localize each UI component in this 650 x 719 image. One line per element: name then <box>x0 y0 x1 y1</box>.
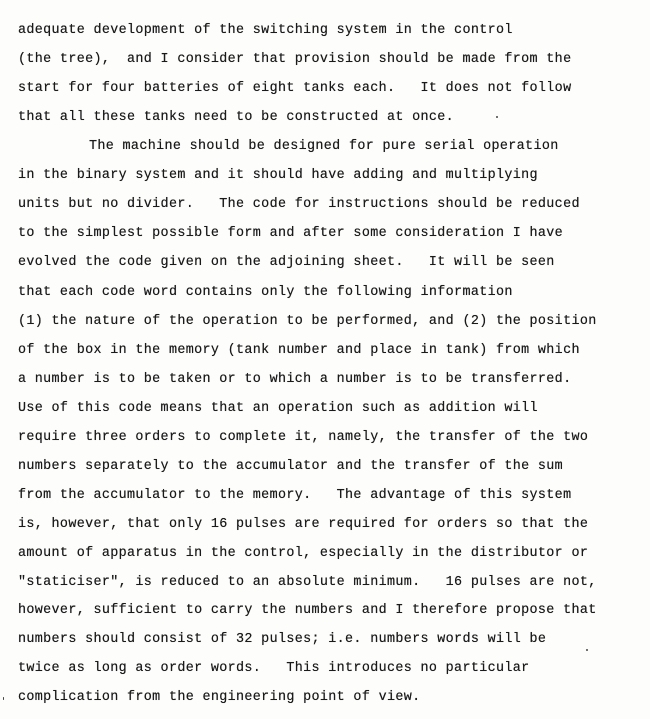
text-line: (the tree), and I consider that provisio… <box>18 52 571 68</box>
text-line: evolved the code given on the adjoining … <box>18 255 555 271</box>
text-line: a number is to be taken or to which a nu… <box>18 372 571 388</box>
ink-speck <box>496 116 498 118</box>
text-line: numbers separately to the accumulator an… <box>18 459 563 475</box>
text-line: adequate development of the switching sy… <box>18 23 513 39</box>
text-line: of the box in the memory (tank number an… <box>18 343 580 359</box>
text-line: complication from the engineering point … <box>18 690 421 706</box>
text-line: (1) the nature of the operation to be pe… <box>18 314 597 330</box>
text-line: numbers should consist of 32 pulses; i.e… <box>18 632 546 648</box>
text-line: in the binary system and it should have … <box>18 168 538 184</box>
text-line: that all these tanks need to be construc… <box>18 110 454 126</box>
ink-speck <box>586 649 588 651</box>
text-line: however, sufficient to carry the numbers… <box>18 603 597 619</box>
text-line: start for four batteries of eight tanks … <box>18 81 571 97</box>
text-line: is, however, that only 16 pulses are req… <box>18 517 588 533</box>
text-line: "staticiser", is reduced to an absolute … <box>18 575 597 591</box>
ink-speck <box>3 697 4 700</box>
text-line: that each code word contains only the fo… <box>18 285 513 301</box>
text-line: to the simplest possible form and after … <box>18 226 563 242</box>
typewritten-page: adequate development of the switching sy… <box>0 0 650 719</box>
text-line: twice as long as order words. This intro… <box>18 661 530 677</box>
text-line: amount of apparatus in the control, espe… <box>18 546 588 562</box>
text-line: require three orders to complete it, nam… <box>18 430 588 446</box>
paragraph-start-line: The machine should be designed for pure … <box>89 139 559 155</box>
text-line: units but no divider. The code for instr… <box>18 197 580 213</box>
text-line: from the accumulator to the memory. The … <box>18 488 571 504</box>
text-line: Use of this code means that an operation… <box>18 401 538 417</box>
